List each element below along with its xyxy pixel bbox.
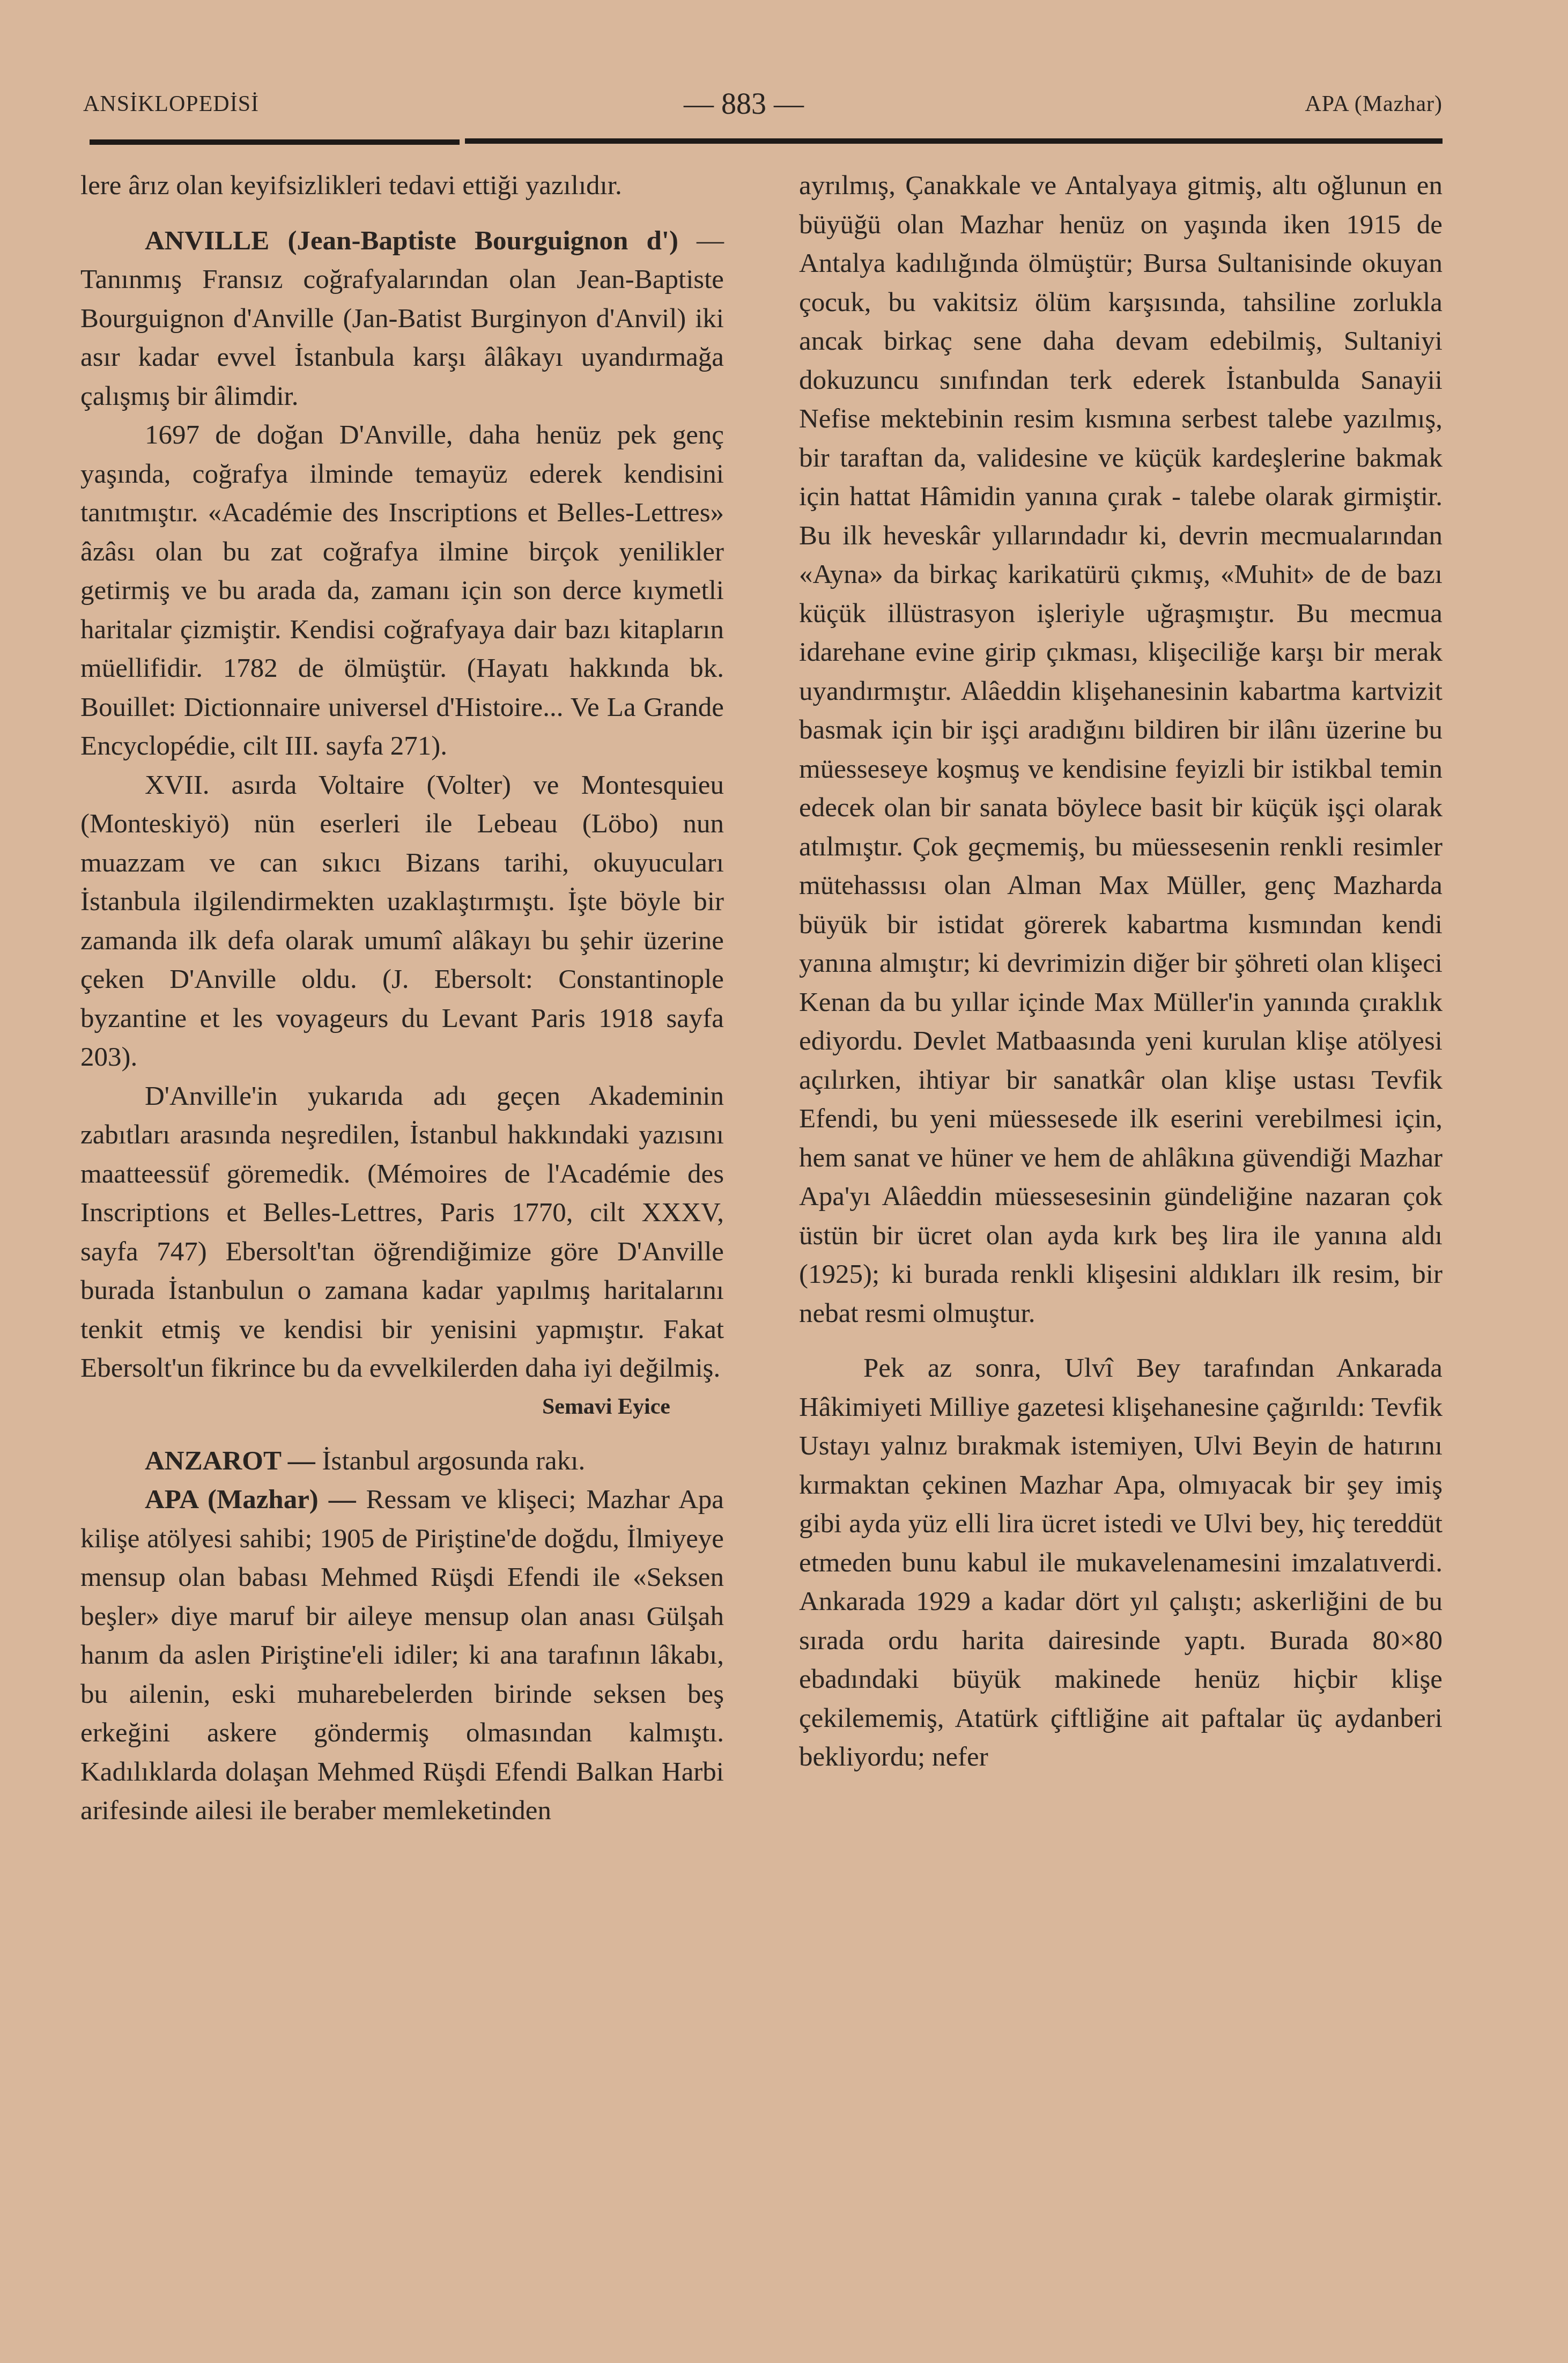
entry-anville: ANVILLE (Jean-Baptiste Bourguignon d') —… [80, 221, 724, 416]
entry-apa: APA (Mazhar) — Ressam ve klişeci; Mazhar… [80, 1480, 724, 1830]
header-rule-left [90, 139, 460, 145]
entry-heading-anville: ANVILLE (Jean-Baptiste Bourguignon d') [145, 226, 678, 256]
entry-apa-body: Ressam ve klişeci; Mazhar Apa kilişe atö… [80, 1485, 724, 1826]
header-encyclopedia-title: ANSİKLOPEDİSİ [83, 91, 259, 117]
header-page-number: — 883 — [684, 87, 804, 121]
left-column: lere ârız olan keyifsizlikleri tedavi et… [80, 166, 724, 1830]
header-rule-right [465, 138, 1443, 144]
entry-heading-anzarot: ANZAROT — [145, 1446, 315, 1476]
author-signature: Semavi Eyice [80, 1388, 724, 1426]
page-header: ANSİKLOPEDİSİ — 883 — APA (Mazhar) [83, 80, 1443, 134]
right-column: ayrılmış, Çanakkale ve Antalyaya gitmiş,… [799, 166, 1443, 1777]
paragraph-continuation: lere ârız olan keyifsizlikleri tedavi et… [80, 166, 724, 205]
entry-anzarot: ANZAROT — İstanbul argosunda rakı. [80, 1442, 724, 1481]
paragraph-anville-3: XVII. asırda Voltaire (Volter) ve Montes… [80, 766, 724, 1077]
entry-anzarot-body: İstanbul argosunda rakı. [315, 1446, 585, 1476]
paragraph-anville-4: D'Anville'in yukarıda adı geçen Akademin… [80, 1077, 724, 1388]
paragraph-apa-continued: ayrılmış, Çanakkale ve Antalyaya gitmiş,… [799, 166, 1443, 1333]
header-entry-range: APA (Mazhar) [1305, 91, 1443, 117]
paragraph-anville-2: 1697 de doğan D'Anville, daha henüz pek … [80, 416, 724, 766]
paragraph-apa-ankara: Pek az sonra, Ulvî Bey tarafından Ankara… [799, 1349, 1443, 1777]
entry-heading-apa: APA (Mazhar) — [145, 1485, 356, 1515]
